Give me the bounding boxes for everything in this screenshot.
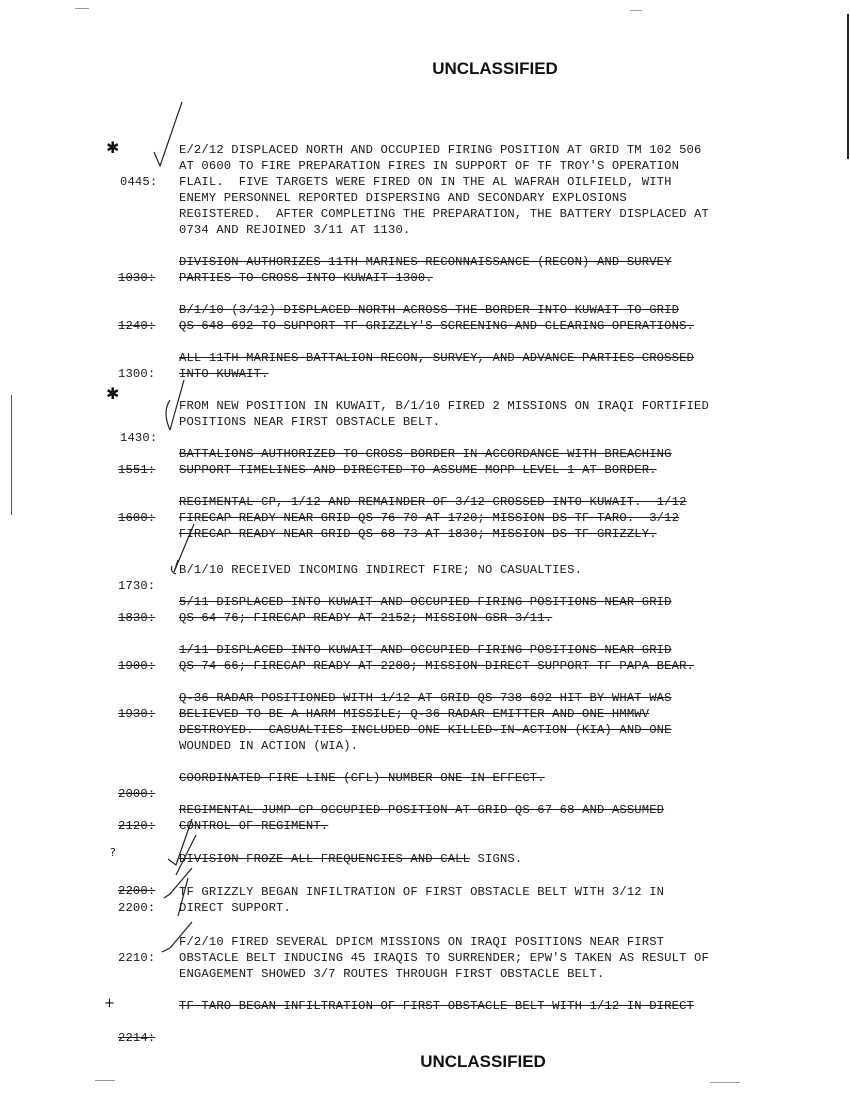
entry-line: ALL 11TH MARINES BATTALION RECON, SURVEY… — [179, 350, 694, 366]
entry-time: 1030: — [118, 270, 155, 286]
entry-time: 1300: — [118, 366, 155, 382]
entry-line: FLAIL. FIVE TARGETS WERE FIRED ON IN THE… — [179, 174, 672, 190]
entry-line: F/2/10 FIRED SEVERAL DPICM MISSIONS ON I… — [179, 934, 664, 950]
entry-line: TF TARO BEGAN INFILTRATION OF FIRST OBST… — [179, 998, 694, 1014]
entry-line: REGIMENTAL JUMP CP OCCUPIED POSITION AT … — [179, 802, 664, 818]
entry-line: 5/11 DISPLACED INTO KUWAIT AND OCCUPIED … — [179, 594, 672, 610]
handwritten-checkmark-icon — [158, 868, 198, 968]
entry-line: QS 64 76; FIRECAP READY AT 2152; MISSION… — [179, 610, 552, 626]
entry-line: Q-36 RADAR POSITIONED WITH 1/12 AT GRID … — [179, 690, 672, 706]
entry-line: FIRECAP READY NEAR GRID QS 68 73 AT 1830… — [179, 526, 657, 542]
entry-time: 2120: — [118, 818, 155, 834]
entry-time: 2200: — [118, 883, 155, 899]
scan-artifact — [710, 1082, 740, 1083]
question-annotation-icon: ? — [110, 845, 116, 861]
entry-line: BELIEVED TO BE A HARM MISSILE; Q-36 RADA… — [179, 706, 649, 722]
entry-line: SUPPORT TIMELINES AND DIRECTED TO ASSUME… — [179, 462, 657, 478]
entry-line: BATTALIONS AUTHORIZED TO CROSS BORDER IN… — [179, 446, 672, 462]
entry-time: 1830: — [118, 610, 155, 626]
entry-time: 1930: — [118, 706, 155, 722]
entry-time: 1730: — [118, 578, 155, 594]
entry-time: 2214: — [118, 1030, 155, 1046]
entry-line: QS 648 692 TO SUPPORT TF GRIZZLY'S SCREE… — [179, 318, 694, 334]
entry-line: FROM NEW POSITION IN KUWAIT, B/1/10 FIRE… — [179, 398, 709, 414]
entry-line: FIRECAP READY NEAR GRID QS 76 70 AT 1720… — [179, 510, 679, 526]
entry-line: 1/11 DISPLACED INTO KUWAIT AND OCCUPIED … — [179, 642, 672, 658]
entry-line: POSITIONS NEAR FIRST OBSTACLE BELT. — [179, 414, 440, 430]
entry-line: OBSTACLE BELT INDUCING 45 IRAQIS TO SURR… — [179, 950, 709, 966]
handwritten-checkmark-icon — [160, 378, 200, 438]
entry-line: 0734 AND REJOINED 3/11 AT 1130. — [179, 222, 410, 238]
entry-line: ENEMY PERSONNEL REPORTED DISPERSING AND … — [179, 190, 627, 206]
entry-line: WOUNDED IN ACTION (WIA). — [179, 738, 358, 754]
entry-time: 1600: — [118, 510, 155, 526]
handwritten-checkmark-icon — [168, 520, 208, 580]
entry-time: 1430: — [120, 430, 157, 446]
scan-artifact — [630, 10, 642, 11]
scan-artifact — [95, 1080, 115, 1081]
scan-artifact — [75, 8, 89, 9]
entry-line: DIVISION AUTHORIZES 11TH MARINES RECONNA… — [179, 254, 672, 270]
classification-footer: UNCLASSIFIED — [58, 1052, 850, 1072]
scan-edge-line — [847, 14, 849, 159]
entry-line: DESTROYED. CASUALTIES INCLUDED ONE KILLE… — [179, 722, 672, 738]
scan-edge-line — [11, 395, 12, 515]
entry-time: 1240: — [118, 318, 155, 334]
entry-time: 2000: — [118, 786, 155, 802]
chronology-log: ✱ 0445: E/2/12 DISPLACED NORTH AND OCCUP… — [0, 0, 850, 1094]
log-entry-2214: + 2214: TF TARO BEGAN INFILTRATION OF FI… — [0, 998, 30, 1078]
entry-line: PARTIES TO CROSS INTO KUWAIT 1300. — [179, 270, 433, 286]
entry-time: 2200: — [118, 900, 155, 916]
entry-line: E/2/12 DISPLACED NORTH AND OCCUPIED FIRI… — [179, 142, 701, 158]
entry-line: ENGAGEMENT SHOWED 3/7 ROUTES THROUGH FIR… — [179, 966, 604, 982]
entry-time: 2210: — [118, 950, 155, 966]
entry-line: B/1/10 RECEIVED INCOMING INDIRECT FIRE; … — [179, 562, 582, 578]
entry-line: QS 74 66; FIRECAP READY AT 2200; MISSION… — [179, 658, 694, 674]
entry-line: AT 0600 TO FIRE PREPARATION FIRES IN SUP… — [179, 158, 679, 174]
entry-time: 1900: — [118, 658, 155, 674]
entry-line: TF GRIZZLY BEGAN INFILTRATION OF FIRST O… — [179, 884, 664, 900]
entry-line: COORDINATED FIRE LINE (CFL) NUMBER ONE I… — [179, 770, 545, 786]
entry-line: B/1/10 (3/12) DISPLACED NORTH ACROSS THE… — [179, 302, 679, 318]
handwritten-checkmark-icon — [150, 100, 190, 180]
entry-line: REGIMENTAL CP, 1/12 AND REMAINDER OF 3/1… — [179, 494, 687, 510]
entry-time: 1551: — [118, 462, 155, 478]
unstruck-segment: SIGNS. — [470, 852, 522, 866]
struck-segment: DIVISION FROZE ALL FREQUENCIES AND CALL — [179, 852, 470, 866]
entry-line: DIVISION FROZE ALL FREQUENCIES AND CALL … — [179, 851, 522, 867]
asterisk-annotation-icon: ✱ — [106, 140, 120, 156]
entry-line: REGISTERED. AFTER COMPLETING THE PREPARA… — [179, 206, 709, 222]
cross-annotation-icon: + — [104, 996, 115, 1012]
asterisk-annotation-icon: ✱ — [106, 386, 120, 402]
